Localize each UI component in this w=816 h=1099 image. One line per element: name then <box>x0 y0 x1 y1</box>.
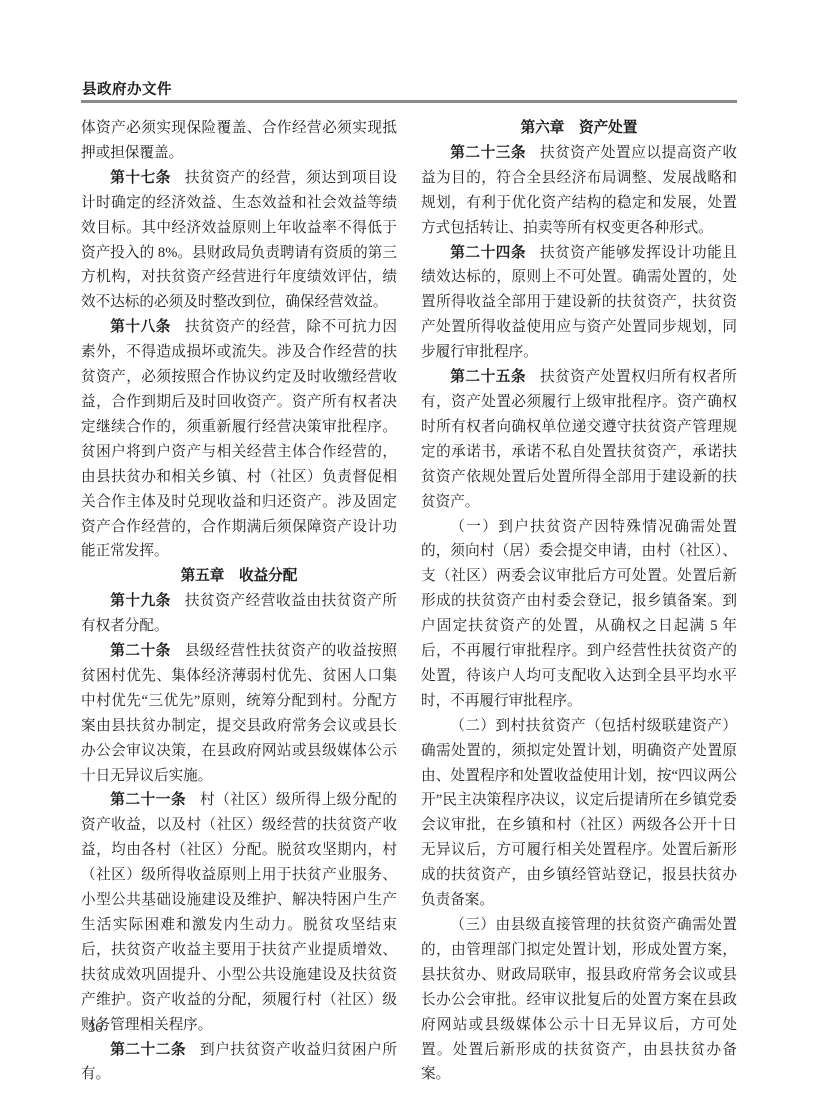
document-page: 县政府办文件 体资产必须实现保险覆盖、合作经营必须实现抵押或担保覆盖。 第十七条… <box>0 0 816 1099</box>
paragraph-text: （二）到村扶贫资产（包括村级联建资产）确需处置的，须拟定处置计划，明确资产处置原… <box>421 718 737 908</box>
paragraph-text: 扶贫资产能够发挥设计功能且绩效达标的，原则上不可处置。确需处置的，处置所得收益全… <box>421 245 737 361</box>
article-number: 第二十五条 <box>450 369 526 385</box>
paragraph-text: 村（社区）级所得上级分配的资产收益，以及村（社区）级经营的扶贫资产收益，均由各村… <box>81 792 397 1032</box>
right-column: 第六章 资产处置 第二十三条扶贫资产处置应以提高资产收益为目的，符合全县经济布局… <box>421 116 737 1087</box>
paragraph-item-1: （一）到户扶贫资产因特殊情况确需处置的，须向村（居）委会提交申请，由村（社区）、… <box>421 515 737 714</box>
article-number: 第二十条 <box>110 643 171 659</box>
article-number: 第二十三条 <box>450 145 526 161</box>
chapter-heading-5: 第五章 收益分配 <box>81 564 397 589</box>
paragraph-article-19: 第十九条扶贫资产经营收益由扶贫资产所有权者分配。 <box>81 589 397 639</box>
paragraph-continuation: 体资产必须实现保险覆盖、合作经营必须实现抵押或担保覆盖。 <box>81 116 397 166</box>
paragraph-article-24: 第二十四条扶贫资产能够发挥设计功能且绩效达标的，原则上不可处置。确需处置的，处置… <box>421 241 737 366</box>
text-columns: 体资产必须实现保险覆盖、合作经营必须实现抵押或担保覆盖。 第十七条扶贫资产的经营… <box>81 116 737 1087</box>
paragraph-item-2: （二）到村扶贫资产（包括村级联建资产）确需处置的，须拟定处置计划，明确资产处置原… <box>421 714 737 913</box>
left-column: 体资产必须实现保险覆盖、合作经营必须实现抵押或担保覆盖。 第十七条扶贫资产的经营… <box>81 116 397 1087</box>
paragraph-text: 扶贫资产的经营，须达到项目设计时确定的经济效益、生态效益和社会效益等绩效目标。其… <box>81 170 397 311</box>
paragraph-item-3: （三）由县级直接管理的扶贫资产确需处置的，由管理部门拟定处置计划，形成处置方案，… <box>421 913 737 1087</box>
article-number: 第十九条 <box>110 593 171 609</box>
page-header: 县政府办文件 <box>82 78 172 99</box>
paragraph-article-18: 第十八条扶贫资产的经营，除不可抗力因素外，不得造成损坏或流失。涉及合作经营的扶贫… <box>81 315 397 564</box>
article-number: 第十七条 <box>110 170 171 186</box>
page-number: 36 <box>88 1020 103 1037</box>
paragraph-text: 体资产必须实现保险覆盖、合作经营必须实现抵押或担保覆盖。 <box>81 120 397 161</box>
paragraph-article-21: 第二十一条村（社区）级所得上级分配的资产收益，以及村（社区）级经营的扶贫资产收益… <box>81 788 397 1037</box>
paragraph-text: （一）到户扶贫资产因特殊情况确需处置的，须向村（居）委会提交申请，由村（社区）、… <box>421 519 737 709</box>
paragraph-article-20: 第二十条县级经营性扶贫资产的收益按照贫困村优先、集体经济薄弱村优先、贫困人口集中… <box>81 639 397 788</box>
article-number: 第十八条 <box>110 319 171 335</box>
paragraph-text: 扶贫资产的经营，除不可抗力因素外，不得造成损坏或流失。涉及合作经营的扶贫资产，必… <box>81 319 397 559</box>
header-rule <box>81 100 737 103</box>
paragraph-text: 县级经营性扶贫资产的收益按照贫困村优先、集体经济薄弱村优先、贫困人口集中村优先“… <box>81 643 397 784</box>
article-number: 第二十二条 <box>110 1042 186 1058</box>
paragraph-article-22: 第二十二条到户扶贫资产收益归贫困户所有。 <box>81 1038 397 1088</box>
header-title: 县政府办文件 <box>82 82 172 98</box>
paragraph-article-23: 第二十三条扶贫资产处置应以提高资产收益为目的，符合全县经济布局调整、发展战略和规… <box>421 141 737 241</box>
article-number: 第二十一条 <box>110 792 186 808</box>
paragraph-article-25: 第二十五条扶贫资产处置权归所有权者所有，资产处置必须履行上级审批程序。资产确权时… <box>421 365 737 514</box>
paragraph-article-17: 第十七条扶贫资产的经营，须达到项目设计时确定的经济效益、生态效益和社会效益等绩效… <box>81 166 397 315</box>
paragraph-text: （三）由县级直接管理的扶贫资产确需处置的，由管理部门拟定处置计划，形成处置方案，… <box>421 917 737 1082</box>
chapter-heading-6: 第六章 资产处置 <box>421 116 737 141</box>
paragraph-text: 扶贫资产处置权归所有权者所有，资产处置必须履行上级审批程序。资产确权时所有权者向… <box>421 369 737 510</box>
article-number: 第二十四条 <box>450 245 526 261</box>
